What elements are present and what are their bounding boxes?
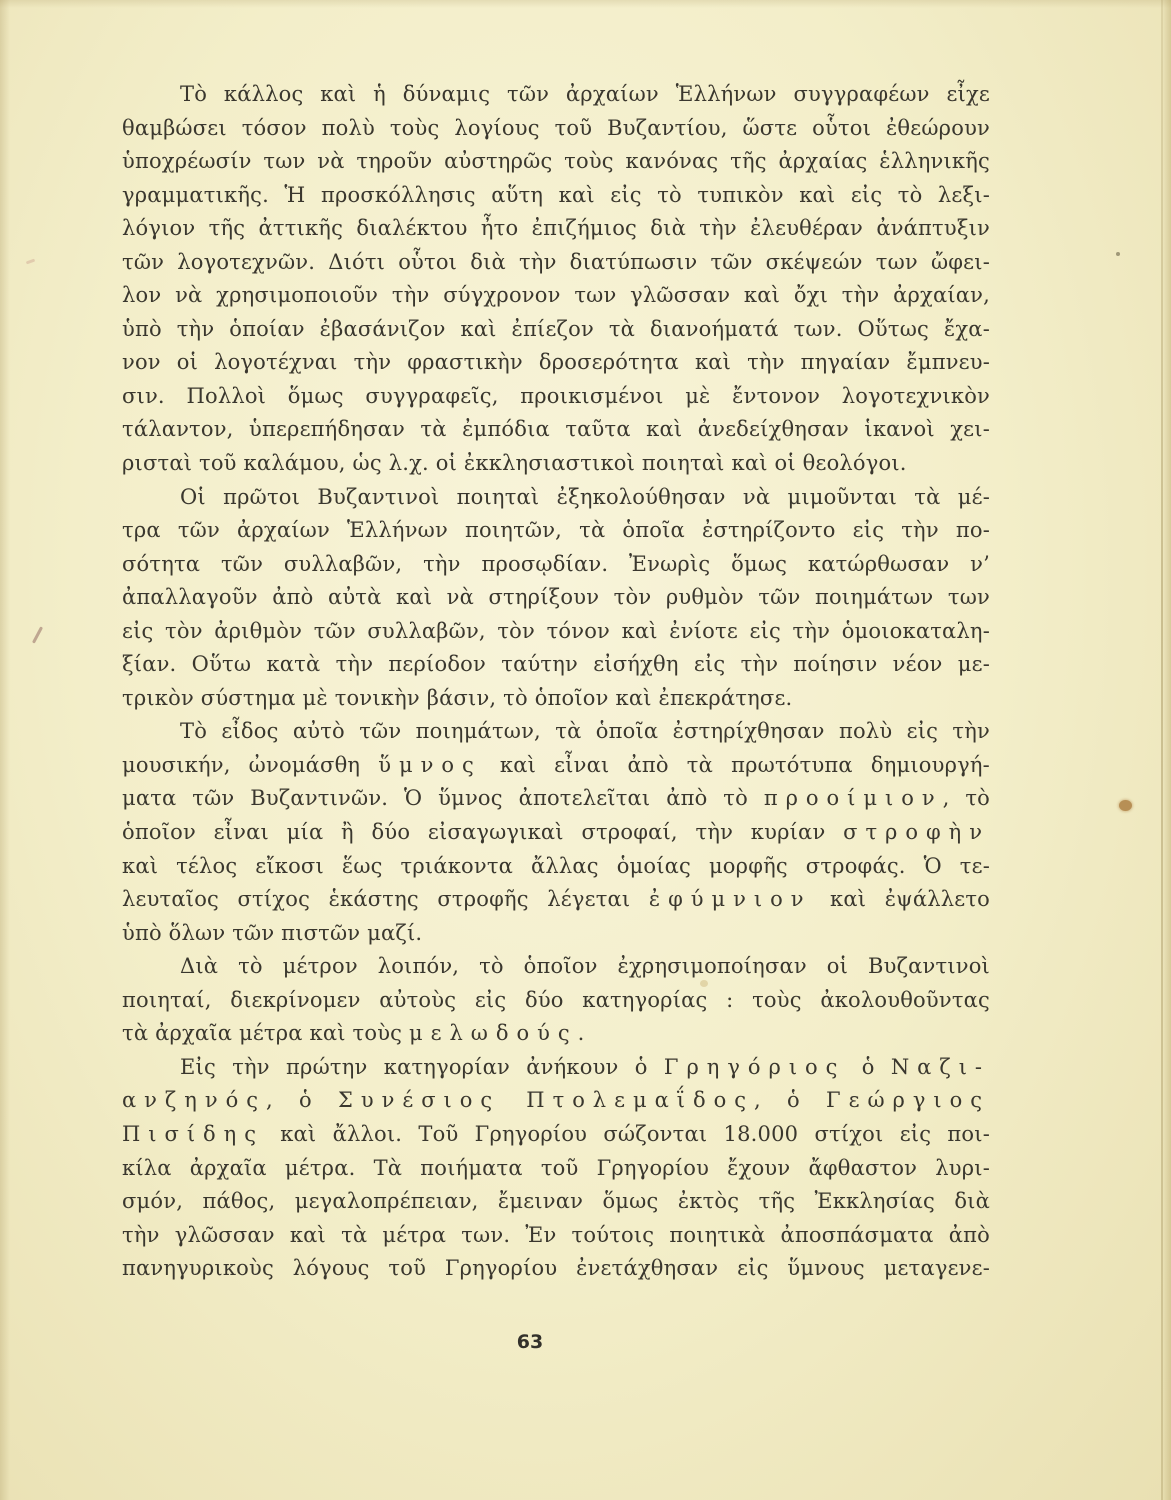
paper-edge-right (1162, 0, 1171, 1500)
text-run: καὶ ἄλλοι. Τοῦ Γρηγορίου σώζονται 18.000… (264, 1122, 990, 1146)
paper-speck (1116, 252, 1120, 256)
emphasized-term: Συνέσιος (338, 1088, 500, 1112)
text-run: Εἰς τὴν πρώτην κατηγορίαν ἀνήκουν ὁ (180, 1055, 664, 1079)
text-line: Οἱ πρῶτοι Βυζαντινοὶ ποιηταὶ ἐξηκολούθησ… (122, 481, 990, 515)
text-line: καὶ τέλος εἴκοσι ἕως τριάκοντα ἄλλας ὁμο… (122, 850, 990, 884)
text-run: . (578, 1021, 585, 1045)
text-run: ὑπὸ ὅλων τῶν πιστῶν μαζί. (122, 921, 422, 945)
text-run: λευταῖος στίχος ἑκάστης στροφῆς λέγεται (122, 887, 649, 911)
stain-dot (1119, 800, 1132, 811)
text-line: κίλα ἀρχαῖα μέτρα. Τὰ ποιήματα τοῦ Γρηγο… (122, 1152, 990, 1186)
text-line: γραμματικῆς. Ἡ προσκόλλησις αὕτη καὶ εἰς… (122, 179, 990, 213)
text-line: τρα τῶν ἀρχαίων Ἑλλήνων ποιητῶν, τὰ ὁποῖ… (122, 514, 990, 548)
emphasized-term: Γρηγόριος (664, 1055, 846, 1079)
emphasized-term: προοίμιον (764, 786, 943, 810)
text-line: λόγιον τῆς ἀττικῆς διαλέκτου ἦτο ἐπιζήμι… (122, 212, 990, 246)
text-run: ματα τῶν Βυζαντινῶν. Ὁ ὕμνος ἀποτελεῖται… (122, 786, 764, 810)
text-run: τάλαντον, ὑπερεπήδησαν τὰ ἐμπόδια ταῦτα … (122, 417, 990, 441)
page-text: Τὸ κάλλος καὶ ἡ δύναμις τῶν ἀρχαίων Ἑλλή… (122, 78, 990, 1286)
text-line: σότητα τῶν συλλαβῶν, τὴν προσῳδίαν. Ἐνωρ… (122, 548, 990, 582)
paragraph: Διὰ τὸ μέτρον λοιπόν, τὸ ὁποῖον ἐχρησιμο… (122, 950, 990, 1051)
text-run: θαμβώσει τόσον πολὺ τοὺς λογίους τοῦ Βυζ… (122, 116, 990, 140)
emphasized-term: ανζηνός (122, 1088, 266, 1112)
pencil-mark (32, 626, 43, 643)
text-line: Τὸ κάλλος καὶ ἡ δύναμις τῶν ἀρχαίων Ἑλλή… (122, 78, 990, 112)
paper-speck (26, 259, 35, 265)
emphasized-term: Ναζι- (891, 1055, 990, 1079)
text-line: λευταῖος στίχος ἑκάστης στροφῆς λέγεται … (122, 883, 990, 917)
text-run: νον οἱ λογοτέχναι τὴν φραστικὴν δροσερότ… (122, 350, 990, 374)
text-run: Διὰ τὸ μέτρον λοιπόν, τὸ ὁποῖον ἐχρησιμο… (180, 954, 990, 978)
text-run: Τὸ εἶδος αὐτὸ τῶν ποιημάτων, τὰ ὁποῖα ἐσ… (180, 719, 990, 743)
book-page: Τὸ κάλλος καὶ ἡ δύναμις τῶν ἀρχαίων Ἑλλή… (0, 0, 1171, 1500)
text-run: ὁ (845, 1055, 890, 1079)
text-line: Διὰ τὸ μέτρον λοιπόν, τὸ ὁποῖον ἐχρησιμο… (122, 950, 990, 984)
text-run (500, 1088, 526, 1112)
text-line: τρικὸν σύστημα μὲ τονικὴν βάσιν, τὸ ὁποῖ… (122, 682, 990, 716)
paragraph: Εἰς τὴν πρώτην κατηγορίαν ἀνήκουν ὁ Γρηγ… (122, 1051, 990, 1286)
paper-edge-left (0, 0, 10, 1500)
text-run: σότητα τῶν συλλαβῶν, τὴν προσῳδίαν. Ἐνωρ… (122, 552, 990, 576)
text-run: κίλα ἀρχαῖα μέτρα. Τὰ ποιήματα τοῦ Γρηγο… (122, 1156, 990, 1180)
text-line: Εἰς τὴν πρώτην κατηγορίαν ἀνήκουν ὁ Γρηγ… (122, 1051, 990, 1085)
text-line: πανηγυρικοὺς λόγους τοῦ Γρηγορίου ἐνετάχ… (122, 1252, 990, 1286)
text-line: τὴν γλῶσσαν καὶ τὰ μέτρα των. Ἐν τούτοις… (122, 1219, 990, 1253)
text-run: γραμματικῆς. Ἡ προσκόλλησις αὕτη καὶ εἰς… (122, 183, 990, 207)
emphasized-term: στροφὴν (843, 820, 990, 844)
text-run: , ὁ (266, 1088, 338, 1112)
text-line: Τὸ εἶδος αὐτὸ τῶν ποιημάτων, τὰ ὁποῖα ἐσ… (122, 715, 990, 749)
emphasized-term: ἐφύμνιον (649, 887, 812, 911)
text-run: , ὁ (754, 1088, 826, 1112)
text-run: ποιηταί, διεκρίνομεν αὐτοὺς εἰς δύο κατη… (122, 988, 990, 1012)
text-line: τῶν λογοτεχνῶν. Διότι οὗτοι διὰ τὴν διατ… (122, 246, 990, 280)
text-run: τὴν γλῶσσαν καὶ τὰ μέτρα των. Ἐν τούτοις… (122, 1223, 990, 1247)
text-line: σιν. Πολλοὶ ὅμως συγγραφεῖς, προικισμένο… (122, 380, 990, 414)
text-line: ὑπὸ τὴν ὁποίαν ἐβασάνιζον καὶ ἐπίεζον τὰ… (122, 313, 990, 347)
text-line: εἰς τὸν ἀριθμὸν τῶν συλλαβῶν, τὸν τόνον … (122, 615, 990, 649)
text-run: ὁποῖον εἶναι μία ἢ δύο εἰσαγωγικαὶ στροφ… (122, 820, 843, 844)
text-run: τὰ ἀρχαῖα μέτρα καὶ τοὺς (122, 1021, 409, 1045)
text-run: καὶ ἐψάλλετο (812, 887, 990, 911)
text-line: ὑπὸ ὅλων τῶν πιστῶν μαζί. (122, 917, 990, 951)
text-run: Τὸ κάλλος καὶ ἡ δύναμις τῶν ἀρχαίων Ἑλλή… (180, 82, 990, 106)
text-line: Πισίδης καὶ ἄλλοι. Τοῦ Γρηγορίου σώζοντα… (122, 1118, 990, 1152)
text-line: τάλαντον, ὑπερεπήδησαν τὰ ἐμπόδια ταῦτα … (122, 413, 990, 447)
text-run: εἰς τὸν ἀριθμὸν τῶν συλλαβῶν, τὸν τόνον … (122, 619, 990, 643)
text-run: σιν. Πολλοὶ ὅμως συγγραφεῖς, προικισμένο… (122, 384, 990, 408)
text-run: τρικὸν σύστημα μὲ τονικὴν βάσιν, τὸ ὁποῖ… (122, 686, 792, 710)
text-run: τῶν λογοτεχνῶν. Διότι οὗτοι διὰ τὴν διατ… (122, 250, 990, 274)
emphasized-term: Γεώργιος (826, 1088, 990, 1112)
emphasized-term: ὕμνος (378, 753, 482, 777)
text-run: καὶ τέλος εἴκοσι ἕως τριάκοντα ἄλλας ὁμο… (122, 854, 990, 878)
emphasized-term: Πτολεμαΐδος (526, 1088, 754, 1112)
page-number: 63 (0, 1331, 1060, 1353)
text-line: ματα τῶν Βυζαντινῶν. Ὁ ὕμνος ἀποτελεῖται… (122, 782, 990, 816)
text-line: ποιηταί, διεκρίνομεν αὐτοὺς εἰς δύο κατη… (122, 984, 990, 1018)
text-line: ὑποχρέωσίν των νὰ τηροῦν αὐστηρῶς τοὺς κ… (122, 145, 990, 179)
text-run: καὶ εἶναι ἀπὸ τὰ πρωτότυπα δημιουργή- (482, 753, 990, 777)
paragraph: Οἱ πρῶτοι Βυζαντινοὶ ποιηταὶ ἐξηκολούθησ… (122, 481, 990, 716)
scanned-book-page: { "page": { "number": "63", "colors": { … (0, 0, 1171, 1500)
paper-edge-top (0, 0, 1171, 8)
text-line: ὁποῖον εἶναι μία ἢ δύο εἰσαγωγικαὶ στροφ… (122, 816, 990, 850)
paragraph: Τὸ εἶδος αὐτὸ τῶν ποιημάτων, τὰ ὁποῖα ἐσ… (122, 715, 990, 950)
text-line: ξίαν. Οὕτω κατὰ τὴν περίοδον ταύτην εἰσή… (122, 648, 990, 682)
text-run: ρισταὶ τοῦ καλάμου, ὡς λ.χ. οἱ ἐκκλησιασ… (122, 451, 907, 475)
text-line: θαμβώσει τόσον πολὺ τοὺς λογίους τοῦ Βυζ… (122, 112, 990, 146)
text-line: ἀπαλλαγοῦν ἀπὸ αὐτὰ καὶ νὰ στηρίξουν τὸν… (122, 581, 990, 615)
text-line: ανζηνός, ὁ Συνέσιος Πτολεμαΐδος, ὁ Γεώργ… (122, 1084, 990, 1118)
text-run: ἀπαλλαγοῦν ἀπὸ αὐτὰ καὶ νὰ στηρίξουν τὸν… (122, 585, 990, 609)
text-line: λον νὰ χρησιμοποιοῦν τὴν σύγχρονον των γ… (122, 279, 990, 313)
text-run: πανηγυρικοὺς λόγους τοῦ Γρηγορίου ἐνετάχ… (122, 1256, 990, 1280)
text-run: λον νὰ χρησιμοποιοῦν τὴν σύγχρονον των γ… (122, 283, 990, 307)
emphasized-term: Πισίδης (122, 1122, 264, 1146)
text-line: σμόν, πάθος, μεγαλοπρέπειαν, ἔμειναν ὅμω… (122, 1185, 990, 1219)
text-line: τὰ ἀρχαῖα μέτρα καὶ τοὺς μελωδούς. (122, 1017, 990, 1051)
text-run: ὑπὸ τὴν ὁποίαν ἐβασάνιζον καὶ ἐπίεζον τὰ… (122, 317, 990, 341)
text-run: ὑποχρέωσίν των νὰ τηροῦν αὐστηρῶς τοὺς κ… (122, 149, 990, 173)
text-line: ρισταὶ τοῦ καλάμου, ὡς λ.χ. οἱ ἐκκλησιασ… (122, 447, 990, 481)
text-run: , τὸ (943, 786, 990, 810)
emphasized-term: μελωδούς (409, 1021, 578, 1045)
paragraph: Τὸ κάλλος καὶ ἡ δύναμις τῶν ἀρχαίων Ἑλλή… (122, 78, 990, 481)
text-run: μουσικήν, ὠνομάσθη (122, 753, 378, 777)
text-run: ξίαν. Οὕτω κατὰ τὴν περίοδον ταύτην εἰσή… (122, 652, 990, 676)
text-run: τρα τῶν ἀρχαίων Ἑλλήνων ποιητῶν, τὰ ὁποῖ… (122, 518, 990, 542)
text-run: Οἱ πρῶτοι Βυζαντινοὶ ποιηταὶ ἐξηκολούθησ… (180, 485, 990, 509)
text-line: νον οἱ λογοτέχναι τὴν φραστικὴν δροσερότ… (122, 346, 990, 380)
paper-speck (700, 980, 708, 987)
text-run: λόγιον τῆς ἀττικῆς διαλέκτου ἦτο ἐπιζήμι… (122, 216, 990, 240)
text-run: σμόν, πάθος, μεγαλοπρέπειαν, ἔμειναν ὅμω… (122, 1189, 990, 1213)
text-line: μουσικήν, ὠνομάσθη ὕμνος καὶ εἶναι ἀπὸ τ… (122, 749, 990, 783)
